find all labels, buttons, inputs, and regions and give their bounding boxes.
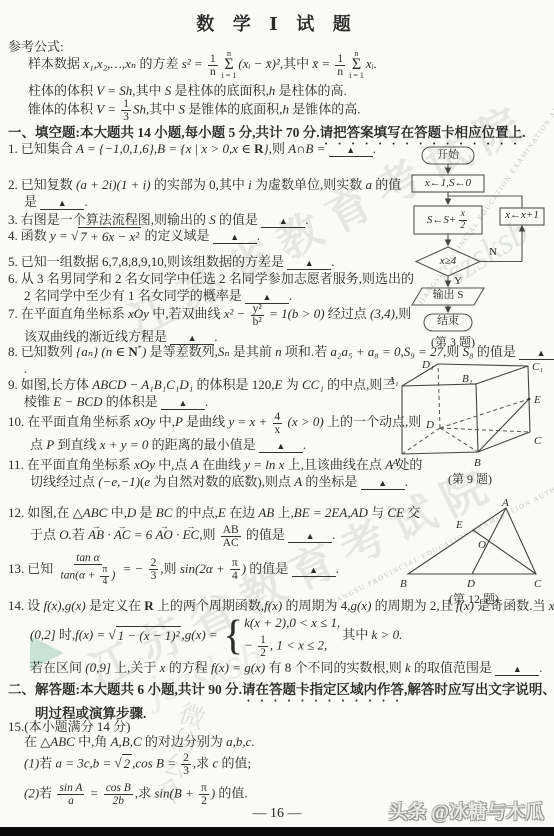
problem-number: 5.: [8, 254, 18, 269]
text-run: 上的两个周期函数,: [154, 598, 265, 613]
math-run: ,cos B =: [132, 755, 179, 770]
text-run: 已知: [27, 561, 56, 576]
math-run: (0,9]: [85, 660, 111, 675]
text-run: 为: [282, 377, 302, 392]
math-run: A∩B =: [288, 141, 329, 156]
problem-text: 已知集合 A = {−1,0,1,6},B = {x | x > 0,x ∈ R…: [21, 141, 376, 156]
text-run: 右图是一个算法流程图,则输出的: [21, 212, 210, 227]
text-run: 中,: [155, 414, 175, 429]
fraction-numerator: 2: [181, 752, 191, 765]
math-run: AB: [258, 505, 274, 520]
math-run: cos B: [106, 782, 131, 794]
text-run: 是锥体的高.: [289, 101, 361, 116]
fraction: 13: [121, 98, 131, 123]
sum-sigma: Σ: [224, 58, 233, 72]
problem-6: 6.从 3 名男同学和 2 名女同学中任选 2 名同学参加志愿者服务,则选出的 …: [8, 270, 420, 304]
problem-text: 函数 y = √7 + 6x − x² 的定义域是 ▲.: [21, 228, 260, 243]
math-run: y =: [50, 228, 71, 243]
bold-run: R: [144, 598, 153, 613]
fraction-denominator: 2: [458, 221, 467, 231]
text-run: 在平面直角坐标系: [27, 414, 134, 429]
text-run: 上,且该曲线在点: [284, 457, 385, 472]
fraction: π2: [199, 782, 209, 807]
summation: nΣi = 1: [222, 50, 237, 80]
cuboid-label-A1: A₁: [388, 375, 399, 387]
flowchart-output-label: 输出 S: [412, 288, 484, 303]
problem-text: 在平面直角坐标系 xOy 中,若双曲线 x² − y²b² = 1(b > 0)…: [21, 306, 411, 344]
triangle-label-E: E: [455, 519, 463, 531]
math-run: f(x): [264, 598, 282, 613]
text-run: 从 3 名男同学和 2 名女同学中任选 2 名同学参加志愿者服务,则选出的 2 …: [21, 271, 414, 303]
text-run: 的坐标是: [302, 474, 361, 489]
math-run: xᵢ.: [366, 56, 377, 71]
fraction: 1n: [335, 53, 345, 78]
fraction-numerator: sin A: [57, 782, 84, 795]
text-run: 是柱体的底面积,: [171, 83, 269, 98]
fraction-denominator: n: [335, 66, 345, 78]
math-run: a = 3c,b =: [55, 755, 114, 770]
text-run: 是锥体的底面积,: [185, 101, 283, 116]
text-run: 的对边分别为: [142, 734, 227, 749]
fraction-denominator: 3: [121, 111, 131, 123]
sqrt-expression: √7 + 6x − x²: [71, 227, 141, 245]
triangle-label-O: O: [478, 539, 486, 551]
problem-4: 4.函数 y = √7 + 6x − x² 的定义域是 ▲.: [8, 227, 420, 245]
text-run: 为自然对数的底数),则点: [150, 474, 294, 489]
fraction: 4x: [273, 411, 283, 436]
math-run: ·: [104, 527, 114, 542]
fraction: 23: [181, 752, 191, 777]
cuboid-caption: (第 9 题): [388, 470, 552, 487]
flowchart-increment-label: x←x+1: [500, 208, 544, 223]
fraction-numerator: 2: [149, 557, 159, 570]
text-run: 有 8 个不同的实数根,则: [265, 660, 405, 675]
problem-14: 14.设 f(x),g(x) 是定义在 R 上的两个周期函数,f(x) 的周期为…: [8, 597, 554, 676]
cuboid-label-E: E: [533, 394, 541, 406]
text-run: .: [24, 361, 27, 376]
flowchart-end-label: 结束: [424, 314, 472, 329]
text-run: 的体积是 120,: [193, 377, 274, 392]
math-run: g(x): [350, 598, 371, 613]
text-run: .: [289, 288, 292, 303]
math-run: CC₁: [302, 377, 324, 392]
text-run: 为虚数单位,则实数: [252, 177, 366, 192]
math-run: tan(α +: [61, 570, 99, 582]
triangle-label-C: C: [534, 578, 542, 590]
math-run: a,b,c.: [226, 734, 255, 749]
flowchart-condition-label: x≥4: [416, 254, 480, 269]
radical-sign: √: [115, 754, 122, 771]
problem-9: 9.如图,长方体 ABCD − A₁B₁C₁D₁ 的体积是 120,E 为 CC…: [8, 376, 408, 410]
flowchart-body-label: S←S+x2: [414, 206, 482, 234]
fraction-denominator: x: [273, 424, 283, 436]
problem-number: 11.: [8, 457, 24, 472]
fraction-numerator: π: [230, 557, 240, 570]
math-run: AD: [351, 505, 368, 520]
answer-blank: ▲: [495, 664, 539, 676]
fraction-numerator: 1: [208, 53, 218, 66]
cuboid-label-C1: C₁: [532, 361, 543, 373]
problem-number: 8.: [8, 344, 18, 359]
math-run: O.: [59, 527, 72, 542]
answer-blank: ▲: [288, 531, 332, 543]
problem-text: 从 3 名男同学和 2 名女同学中任选 2 名同学参加志愿者服务,则选出的 2 …: [21, 271, 414, 303]
answer-blank: ▲: [40, 198, 84, 210]
radicand: 7 + 6x − x²: [78, 227, 141, 245]
math-run: = −: [119, 561, 146, 576]
text-run: .: [373, 141, 376, 156]
math-run: f(x),g(x): [44, 598, 86, 613]
fraction: π4: [100, 565, 109, 587]
text-run: .: [331, 254, 334, 269]
section1-heading-emphasis: 请把答案填写在答题卡相应位置上.: [320, 125, 526, 140]
math-run: S←S+: [427, 215, 456, 226]
text-run: 是柱体的高.: [275, 83, 347, 98]
answer-blank: ▲: [259, 441, 303, 453]
problem-text: 已知复数 (a + 2i)(1 + i) 的实部为 0,其中 i 为虚数单位,则…: [21, 177, 402, 209]
fraction: tan αtan(α + π4): [59, 552, 118, 587]
text-run: 样本数据: [28, 56, 83, 71]
math-run: xOy: [128, 306, 149, 321]
text-run: .: [205, 394, 208, 409]
section2-heading-emphasis: 请在答题卡指定区域内作答: [242, 682, 404, 697]
fraction-numerator: 1: [335, 53, 345, 66]
text-run: 经过点: [325, 306, 371, 321]
fraction-denominator: n: [208, 66, 218, 78]
problem-number: 2.: [8, 177, 18, 192]
text-run: 的周期为 4,: [282, 598, 350, 613]
reference-formula-cone: 锥体的体积 V = 13Sh,其中 S 是锥体的底面积,h 是锥体的高.: [28, 98, 361, 123]
math-run: E: [218, 505, 226, 520]
fraction-denominator: b²: [251, 316, 264, 328]
fraction: ABAC: [221, 524, 241, 549]
flowchart-yes-label: Y: [451, 275, 465, 287]
section1-heading-main: 一、填空题:本大题共 14 小题,每小题 5 分,共计 70 分.: [8, 125, 320, 140]
math-run: 7 + 6x − x²: [80, 229, 139, 244]
problem-number: 14.: [8, 598, 24, 613]
fraction-numerator: y²: [251, 303, 264, 316]
math-run: 1 − (x − 1)²: [118, 628, 180, 643]
problem-number: 4.: [8, 228, 18, 243]
math-run: sin(B +: [154, 785, 197, 800]
text-run: 已知集合: [21, 141, 76, 156]
problem-text: 已知 tan αtan(α + π4) = − 23,则 sin(2α + π4…: [27, 561, 339, 576]
text-run: 的体积是: [102, 394, 161, 409]
problem-7: 7.在平面直角坐标系 xOy 中,若双曲线 x² − y²b² = 1(b > …: [8, 303, 420, 345]
fraction-denominator: 3: [149, 570, 159, 582]
text-run: 若: [39, 785, 55, 800]
text-run: 柱体的体积: [28, 83, 96, 98]
page-title: 数 学 Ⅰ 试 题: [0, 10, 554, 36]
text-run: .: [257, 228, 260, 243]
text-run: 项和.若: [282, 344, 331, 359]
answer-blank: ▲: [329, 145, 373, 157]
problem-text: 设 f(x),g(x) 是定义在 R 上的两个周期函数,f(x) 的周期为 4,…: [27, 598, 554, 675]
math-run: (x > 0): [284, 414, 323, 429]
text-run: ,其中: [132, 83, 165, 98]
text-run: 已知复数: [21, 177, 76, 192]
math-run: −: [244, 637, 256, 652]
math-run: Sh: [133, 101, 146, 116]
triangle-label-A: A: [501, 497, 509, 509]
text-run: 上,关于: [111, 660, 160, 675]
vector: AB: [88, 526, 104, 543]
radical-sign: √: [108, 626, 115, 643]
text-run: 若: [72, 527, 88, 542]
text-run: 的值是: [246, 561, 292, 576]
text-run: 函数: [21, 228, 50, 243]
flowchart-no-label: N: [486, 246, 500, 258]
text-run: 是曲线: [183, 414, 229, 429]
math-run: 2: [124, 756, 131, 771]
math-run: tan α: [76, 552, 99, 564]
math-run: k > 0.: [372, 627, 403, 642]
text-run: .: [84, 194, 87, 209]
text-run: 其中: [342, 627, 371, 642]
fraction-denominator: 4: [230, 570, 240, 582]
text-run: 的取值范围是: [411, 660, 496, 675]
math-run: ): [111, 570, 115, 582]
text-run: ,其中: [280, 56, 313, 71]
answer-blank: ▲: [287, 258, 331, 270]
text-run: ,则: [269, 141, 289, 156]
cuboid-diagram: A B C D A₁ B₁ C₁ D₁ E: [388, 358, 552, 470]
radicand: 1 − (x − 1)²: [116, 626, 182, 644]
radicand: 2: [122, 754, 133, 772]
math-run: (2): [24, 785, 39, 800]
problem-text: 右图是一个算法流程图,则输出的 S 的值是 ▲.: [21, 212, 309, 227]
fraction-numerator: 4: [273, 411, 283, 424]
problem-number: 13.: [8, 561, 24, 576]
problem-15-part2: (2)若 sin Aa = cos B2b,求 sin(B + π2) 的值.: [24, 782, 248, 807]
math-run: E − BCD: [53, 394, 102, 409]
text-run: .: [336, 561, 339, 576]
text-run: .: [305, 212, 308, 227]
summation: nΣi = 1: [349, 50, 364, 80]
text-run: 的方程: [165, 660, 211, 675]
math-run: ,g(x) =: [181, 627, 220, 642]
text-run: 若在区间: [30, 660, 85, 675]
text-run: 中,若双曲线: [149, 306, 224, 321]
text-run: ,求: [193, 755, 213, 770]
math-run: xOy: [134, 457, 155, 472]
fraction-numerator: π: [199, 782, 209, 795]
problem-12: 12.如图,在 △ABC 中,D 是 BC 的中点,E 在边 AB 上,BE =…: [8, 504, 430, 549]
problem-text: 在平面直角坐标系 xOy 中,点 A 在曲线 y = ln x 上,且该曲线在点…: [27, 457, 423, 489]
text-run: 已知一组数据 6,7,8,8,9,10,则该组数据的方差是: [21, 254, 288, 269]
text-run: 的实部为 0,其中: [151, 177, 249, 192]
text-run: 的定义域是: [141, 228, 213, 243]
text-run: 是其前: [230, 344, 276, 359]
vector: EC: [183, 526, 200, 543]
text-run: 是: [136, 505, 156, 520]
problem-11: 11.在平面直角坐标系 xOy 中,点 A 在曲线 y = ln x 上,且该曲…: [8, 456, 430, 490]
triangle-label-D: D: [466, 578, 475, 590]
flowchart-start-label: 开始: [422, 148, 474, 163]
text-run: 的值.: [215, 785, 248, 800]
section2-heading-main: 二、解答题:本大题共 6 小题,共计 90 分.: [8, 682, 242, 697]
text-run: .: [332, 527, 335, 542]
text-run: 的距离的最小值是: [148, 437, 259, 452]
math-run: A,B,C: [111, 734, 142, 749]
problem-15-intro: 在 △ABC 中,角 A,B,C 的对边分别为 a,b,c.: [24, 733, 255, 750]
text-run: 的值是: [243, 527, 289, 542]
math-run: (1): [24, 755, 39, 770]
text-run: ,其中: [146, 101, 179, 116]
problem-15-part1: (1)若 a = 3c,b = √2,cos B = 23,求 c 的值;: [24, 752, 251, 777]
text-run: .: [303, 437, 306, 452]
text-run: 是等差数列,: [146, 344, 218, 359]
math-run: k(x + 2),0 < x ≤ 1,: [244, 615, 340, 630]
fraction-denominator: AC: [221, 537, 241, 549]
exam-page: 江苏省教育考试院 江苏省教育考试院 JIANGSU PROVINCIAL EDU…: [0, 0, 554, 836]
text-run: 在曲线: [199, 457, 245, 472]
text-run: 已知数列: [21, 344, 76, 359]
text-run: 若: [39, 755, 55, 770]
math-run: x + y = 0: [100, 437, 149, 452]
math-run: D: [127, 505, 136, 520]
cuboid-figure: A B C D A₁ B₁ C₁ D₁ E (第 9 题): [388, 358, 552, 486]
math-run: x̄ =: [312, 56, 333, 71]
math-run: s² =: [182, 56, 206, 71]
math-run: (a + 2i)(1 + i): [76, 177, 151, 192]
text-run: 的值是: [216, 212, 262, 227]
problem-10: 10.在平面直角坐标系 xOy 中,P 是曲线 y = x + 4x (x > …: [8, 411, 428, 453]
flowchart-init-label: x←1,S←0: [412, 176, 484, 191]
problem-number: 9.: [8, 377, 18, 392]
math-run: (xᵢ − x̄)²: [238, 56, 279, 71]
math-run: xOy: [135, 414, 156, 429]
fraction: y²b²: [251, 303, 264, 328]
bottom-bar: [0, 827, 554, 836]
math-run: y = ln x: [244, 457, 284, 472]
problem-text: 如图,在 △ABC 中,D 是 BC 的中点,E 在边 AB 上,BE = 2E…: [27, 505, 420, 542]
cuboid-label-D: D: [425, 419, 434, 431]
fraction: 12: [258, 634, 268, 659]
problem-3: 3.右图是一个算法流程图,则输出的 S 的值是 ▲.: [8, 211, 420, 228]
text-run: 到直线: [54, 437, 100, 452]
triangle-caption: (第 12 题): [394, 590, 554, 607]
math-run: , 1 < x ≤ 2,: [270, 637, 327, 652]
bold-run: R: [254, 141, 263, 156]
triangle-diagram: A B C D E O: [394, 496, 554, 590]
fraction-denominator: 2: [258, 647, 268, 659]
radical-sign: √: [71, 227, 78, 244]
flowchart-caption: (第 3 题): [398, 333, 508, 350]
text-run: 与: [368, 505, 388, 520]
problem-number: 6.: [8, 271, 18, 286]
text-run: 如图,长方体: [21, 377, 93, 392]
text-run: 如图,在: [27, 505, 73, 520]
math-run: sin(2α +: [180, 561, 228, 576]
answer-blank: ▲: [213, 232, 257, 244]
fraction: sin Aa: [57, 782, 84, 807]
math-run: x² −: [224, 306, 249, 321]
math-run: sin A: [59, 782, 82, 794]
text-run: 时,: [56, 627, 76, 642]
sum-sigma: Σ: [352, 58, 361, 72]
text-run: ,则: [160, 561, 180, 576]
problem-5: 5.已知一组数据 6,7,8,8,9,10,则该组数据的方差是 ▲.: [8, 253, 420, 270]
flowchart-figure: 开始 x←1,S←0 S←S+x2 x←x+1 x≥4 N Y 输出 S 结束 …: [398, 144, 550, 346]
fraction-denominator: 4: [100, 577, 109, 588]
fraction-numerator: 1: [258, 634, 268, 647]
problem-2: 2.已知复数 (a + 2i)(1 + i) 的实部为 0,其中 i 为虚数单位…: [8, 176, 408, 210]
fraction: 1n: [208, 53, 218, 78]
cuboid-label-B: B: [474, 457, 481, 469]
fraction: x2: [458, 209, 467, 230]
problem-number: 10.: [8, 414, 24, 429]
text-run: 上,: [274, 505, 294, 520]
cuboid-label-A: A: [391, 457, 399, 469]
text-run: 中,点: [155, 457, 191, 472]
problem-number: 7.: [8, 306, 18, 321]
fraction-denominator: tan(α + π4): [59, 565, 118, 587]
math-run: V =: [96, 101, 119, 116]
piecewise-cases: {k(x + 2),0 < x ≤ 1,− 12, 1 < x ≤ 2,: [223, 614, 340, 659]
fraction-numerator: x: [459, 209, 467, 220]
cuboid-label-B1: B₁: [462, 373, 473, 385]
fraction-numerator: π: [100, 565, 109, 577]
math-run: = 1(b > 0): [266, 306, 325, 321]
problem-1: 1.已知集合 A = {−1,0,1,6},B = {x | x > 0,x ∈…: [8, 140, 408, 157]
math-run: ·: [173, 527, 183, 542]
bold-run: N: [128, 344, 137, 359]
sqrt-expression: √2: [115, 754, 133, 772]
triangle-label-B: B: [400, 578, 407, 590]
problem-13: 13.已知 tan αtan(α + π4) = − 23,则 sin(2α +…: [8, 552, 430, 587]
text-run: 锥体的体积: [28, 101, 96, 116]
text-run: 中,角: [75, 734, 111, 749]
text-run: 在: [24, 734, 40, 749]
math-run: △ABC: [40, 734, 75, 749]
fraction-numerator: AB: [221, 524, 241, 537]
text-run: 在平面直角坐标系: [21, 306, 128, 321]
sum-lower: i = 1: [222, 72, 237, 80]
math-run: y = x +: [228, 414, 270, 429]
text-run: 设: [27, 598, 43, 613]
fraction-numerator: 1: [121, 98, 131, 111]
cuboid-label-D1: D₁: [421, 359, 434, 371]
answer-blank: ▲: [161, 398, 205, 410]
math-run: ABCD − A₁B₁C₁D₁: [92, 377, 193, 392]
math-run: = 6: [130, 527, 155, 542]
cuboid-label-C: C: [534, 435, 542, 447]
math-run: V = Sh: [96, 83, 132, 98]
flowchart-diagram: [398, 144, 550, 346]
problem-text: 如图,长方体 ABCD − A₁B₁C₁D₁ 的体积是 120,E 为 CC₁ …: [21, 377, 396, 409]
case-row: − 12, 1 < x ≤ 2,: [244, 634, 340, 659]
brace-glyph: {: [223, 621, 243, 653]
problem-number: 1.: [8, 141, 18, 156]
math-run: △ABC: [73, 505, 108, 520]
fraction: 23: [149, 557, 159, 582]
math-run: A: [191, 457, 199, 472]
text-run: ,求: [135, 785, 155, 800]
reference-formula-cylinder: 柱体的体积 V = Sh,其中 S 是柱体的底面积,h 是柱体的高.: [28, 82, 347, 99]
case-rows: k(x + 2),0 < x ≤ 1,− 12, 1 < x ≤ 2,: [244, 614, 340, 659]
math-run: x₁,x₂,…,xₙ: [83, 56, 136, 71]
reference-formula-variance: 样本数据 x₁,x₂,…,xₙ 的方差 s² = 1nnΣi = 1(xᵢ − …: [28, 50, 377, 80]
math-run: A = {−1,0,1,6},B = {x | x > 0,x ∈: [76, 141, 254, 156]
problem-text: 在平面直角坐标系 xOy 中,P 是曲线 y = x + 4x (x > 0) …: [27, 414, 421, 452]
problem-text: 已知一组数据 6,7,8,8,9,10,则该组数据的方差是 ▲.: [21, 254, 335, 269]
triangle-figure: A B C D E O (第 12 题): [394, 496, 554, 608]
sqrt-expression: √1 − (x − 1)²: [108, 626, 181, 644]
text-run: 在边: [226, 505, 259, 520]
text-run: 在平面直角坐标系: [27, 457, 134, 472]
math-run: f(x) = g(x): [211, 660, 265, 675]
